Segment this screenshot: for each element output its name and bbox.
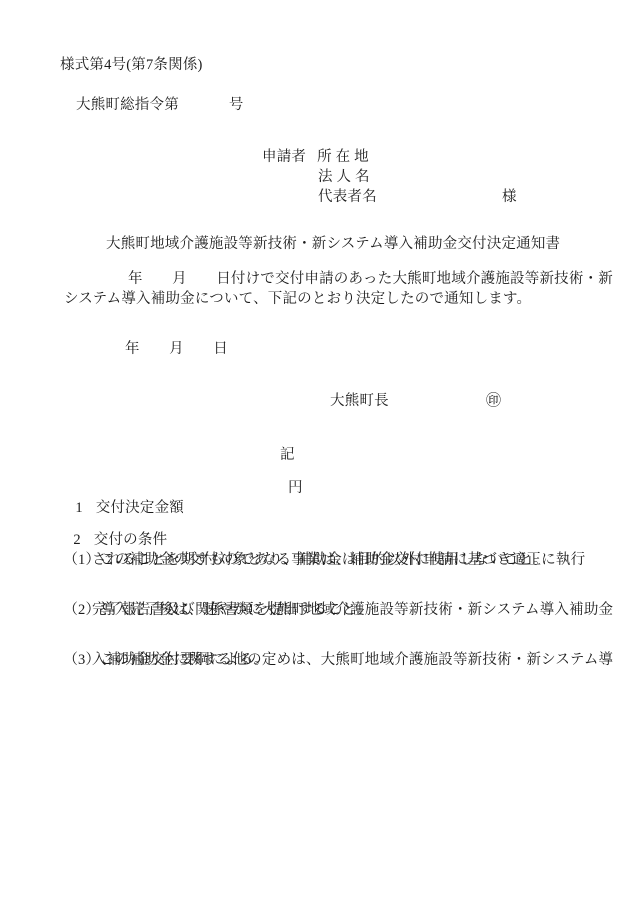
applicant-row-address: 申請者 所 在 地 — [262, 147, 369, 167]
applicant-representative-label: 代表者名 — [318, 187, 377, 207]
directive-suffix: 号 — [229, 95, 244, 115]
seal-mark-icon: ㊞ — [486, 391, 501, 411]
body-paragraph-line1: 年 月 日付けで交付申請のあった大熊町地域介護施設等新技術・新 — [128, 269, 613, 289]
applicant-corporation-label: 法 人 名 — [318, 167, 370, 187]
record-marker: 記 — [280, 445, 295, 465]
condition-3-line2: 入補助金交付要綱による。 — [92, 650, 268, 670]
directive-number-line: 大熊町総指令第 号 — [76, 95, 244, 115]
issue-date-line: 年 月 日 — [125, 339, 228, 359]
signer-title: 大熊町長 — [330, 391, 389, 411]
directive-prefix: 大熊町総指令第 — [76, 95, 179, 115]
condition-1-line2: されることを期すものであり、補助金は目的以外に使用しないこと。 — [92, 550, 548, 570]
item-amount-unit: 円 — [288, 478, 303, 498]
applicant-label: 申請者 — [262, 147, 306, 167]
body-paragraph-line2: システム導入補助金について、下記のとおり決定したので通知します。 — [64, 289, 531, 309]
condition-2-line2: 完了報告書及び関係書類を提出すること。 — [92, 600, 371, 620]
form-number: 様式第4号(第7条関係) — [60, 55, 203, 75]
document-title: 大熊町地域介護施設等新技術・新システム導入補助金交付決定通知書 — [106, 234, 560, 254]
applicant-address-label: 所 在 地 — [317, 147, 369, 167]
document-page: 様式第4号(第7条関係) 大熊町総指令第 号 申請者 所 在 地 法 人 名 代… — [0, 0, 630, 903]
applicant-honorific: 様 — [502, 187, 517, 207]
